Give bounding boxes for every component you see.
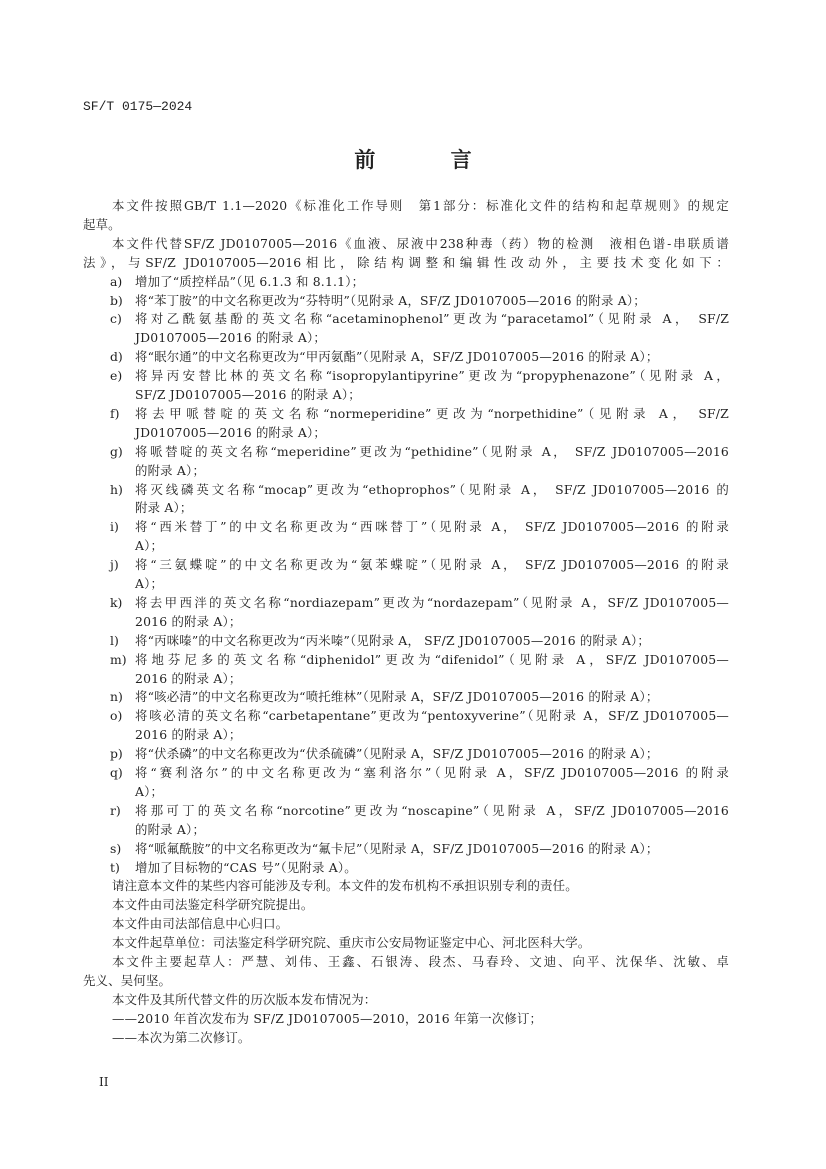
change-item-text: 将“三氨蝶啶”的中文名称更改为“氨苯蝶啶”（见附录 A， SF/Z JD0107… [135, 555, 729, 574]
intro-line: 起草。 [83, 215, 121, 234]
intro-line: 本文件按照GB/T 1.1—2020《标准化工作导则 第1部分：标准化文件的结构… [112, 196, 729, 215]
change-item-marker: h) [110, 480, 123, 499]
change-item-text: 的附录 A）； [135, 461, 205, 480]
change-item-text: 将“哌氟酰胺”的中文名称更改为“氟卡尼”（见附录 A，SF/Z JD010700… [135, 839, 658, 858]
change-item-text: A）； [135, 574, 163, 593]
change-item-marker: p) [110, 744, 123, 763]
change-item-marker: t) [110, 858, 120, 877]
change-item-marker: s) [110, 839, 121, 858]
closing-line: 本文件由司法部信息中心归口。 [112, 914, 288, 933]
change-item-text: 将咳必清的英文名称“carbetapentane”更改为“pentoxyveri… [135, 706, 729, 725]
change-item-marker: o) [110, 706, 122, 725]
change-item-text: 将“伏杀磷”的中文名称更改为“伏杀硫磷”（见附录 A，SF/Z JD010700… [135, 744, 658, 763]
change-item-text: JD0107005—2016 的附录 A）； [135, 328, 326, 347]
closing-line: ——2010 年首次发布为 SF/Z JD0107005—2010，2016 年… [112, 1009, 542, 1028]
change-item-text: 将那可丁的英文名称“norcotine”更改为“noscapine”（见附录 A… [135, 801, 729, 820]
intro-line: 法》，与SF/Z JD0107005—2016相比，除结构调整和编辑性改动外，主… [83, 253, 729, 272]
closing-line: 本文件主要起草人：严慧、刘伟、王鑫、石银涛、段杰、马春玲、文迪、向平、沈保华、沈… [112, 952, 729, 971]
change-item-text: 2016 的附录 A）； [135, 725, 242, 744]
change-item-text: 2016 的附录 A）； [135, 612, 242, 631]
change-item-text: 将“西米替丁”的中文名称更改为“西咪替丁”（见附录 A， SF/Z JD0107… [135, 517, 729, 536]
change-item-text: 将去甲西泮的英文名称“nordiazepam”更改为“nordazepam”（见… [135, 593, 729, 612]
intro-line: 本文件代替SF/Z JD0107005—2016《血液、尿液中238种毒（药）物… [112, 234, 729, 253]
change-item-marker: f) [110, 404, 119, 423]
change-item-text: 将灭线磷英文名称“mocap”更改为“ethoprophos”（见附录 A， S… [135, 480, 729, 499]
change-item-text: SF/Z JD0107005—2016 的附录 A）； [135, 385, 361, 404]
document-code-header: SF/T 0175—2024 [83, 99, 192, 114]
change-item-text: 增加了“质控样品”（见 6.1.3 和 8.1.1）； [135, 272, 364, 291]
change-item-text: 将对乙酰氨基酚的英文名称“acetaminophenol”更改为“paracet… [135, 309, 729, 328]
change-item-text: JD0107005—2016 的附录 A）； [135, 423, 326, 442]
change-item-text: 将去甲哌替啶的英文名称“normeperidine”更改为“norpethidi… [135, 404, 729, 423]
change-item-text: 增加了目标物的“CAS 号”（见附录 A）。 [135, 858, 357, 877]
closing-line: 先义、吴何坚。 [83, 971, 171, 990]
closing-line: 本文件由司法鉴定科学研究院提出。 [112, 895, 313, 914]
change-item-text: 2016 的附录 A）； [135, 669, 242, 688]
page-number: II [99, 1075, 108, 1089]
change-item-text: 将“丙咪嗪”的中文名称更改为“丙米嗪”（见附录 A， SF/Z JD010700… [135, 631, 650, 650]
change-item-text: 附录 A）； [135, 498, 192, 517]
page-title: 前 言 [0, 144, 826, 174]
change-item-marker: j) [110, 555, 119, 574]
change-item-text: 将异丙安替比林的英文名称“isopropylantipyrine”更改为“pro… [135, 366, 729, 385]
change-item-text: 将“眠尔通”的中文名称更改为“甲丙氨酯”（见附录 A，SF/Z JD010700… [135, 347, 658, 366]
change-item-marker: e) [110, 366, 122, 385]
change-item-marker: q) [110, 763, 123, 782]
closing-line: 请注意本文件的某些内容可能涉及专利。本文件的发布机构不承担识别专利的责任。 [112, 876, 578, 895]
change-item-marker: k) [110, 593, 122, 612]
change-item-marker: l) [110, 631, 119, 650]
change-item-marker: c) [110, 309, 122, 328]
change-item-marker: d) [110, 347, 123, 366]
change-item-text: A）； [135, 536, 163, 555]
closing-line: ——本次为第二次修订。 [112, 1028, 251, 1047]
change-item-marker: r) [110, 801, 121, 820]
change-item-text: 将“咳必清”的中文名称更改为“喷托维林”（见附录 A，SF/Z JD010700… [135, 687, 658, 706]
closing-line: 本文件起草单位：司法鉴定科学研究院、重庆市公安局物证鉴定中心、河北医科大学。 [112, 933, 590, 952]
change-item-text: 将地芬尼多的英文名称“diphenidol”更改为“difenidol”（见附录… [135, 650, 729, 669]
change-item-marker: b) [110, 291, 123, 310]
change-item-marker: i) [110, 517, 119, 536]
change-item-marker: m) [110, 650, 127, 669]
change-item-text: A）； [135, 782, 163, 801]
change-item-text: 的附录 A）； [135, 820, 205, 839]
change-item-marker: g) [110, 442, 123, 461]
change-item-text: 将“赛利洛尔”的中文名称更改为“塞利洛尔”（见附录 A，SF/Z JD01070… [135, 763, 729, 782]
change-item-marker: n) [110, 687, 123, 706]
closing-line: 本文件及其所代替文件的历次版本发布情况为： [112, 990, 376, 1009]
change-item-text: 将哌替啶的英文名称“meperidine”更改为“pethidine”（见附录 … [135, 442, 729, 461]
change-item-marker: a) [110, 272, 122, 291]
change-item-text: 将“苯丁胺”的中文名称更改为“芬特明”（见附录 A，SF/Z JD0107005… [135, 291, 646, 310]
